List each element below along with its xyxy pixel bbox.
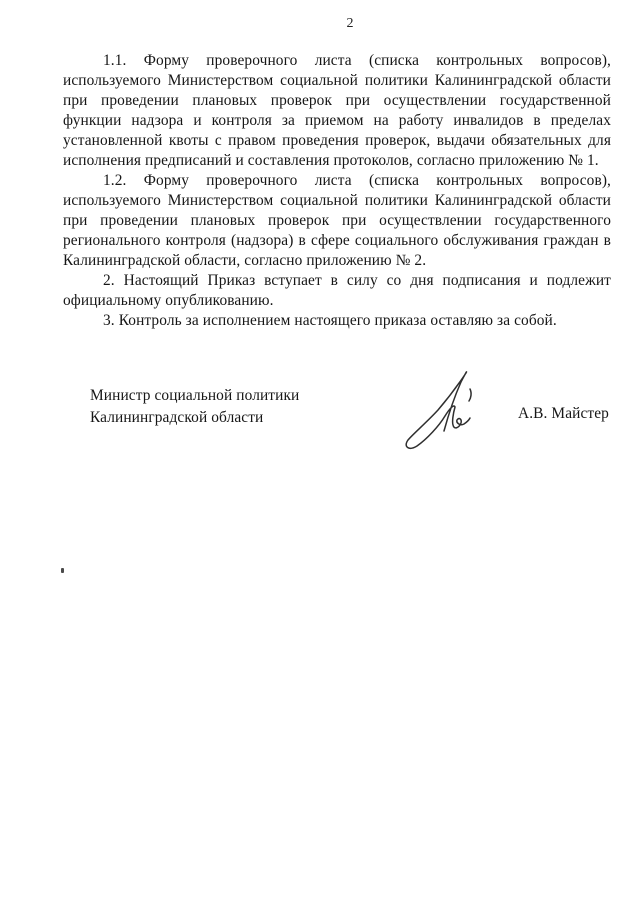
signatory-title: Министр социальной политики Калининградс… — [90, 385, 299, 429]
scan-artifact-dot — [61, 568, 64, 573]
document-page: 2 1.1. Форму проверочного листа (списка … — [0, 0, 640, 905]
page-number: 2 — [30, 16, 640, 32]
document-body: 1.1. Форму проверочного листа (списка ко… — [63, 51, 611, 331]
paragraph-1-2: 1.2. Форму проверочного листа (списка ко… — [63, 171, 611, 271]
paragraph-3: 3. Контроль за исполнением настоящего пр… — [63, 311, 611, 331]
handwritten-signature-icon — [395, 360, 495, 460]
paragraph-2: 2. Настоящий Приказ вступает в силу со д… — [63, 271, 611, 311]
paragraph-1-1: 1.1. Форму проверочного листа (списка ко… — [63, 51, 611, 171]
signature-block: Министр социальной политики Калининградс… — [0, 385, 640, 495]
signatory-title-line2: Калининградской области — [90, 407, 299, 429]
signatory-title-line1: Министр социальной политики — [90, 385, 299, 407]
signatory-name: А.В. Майстер — [518, 405, 609, 423]
